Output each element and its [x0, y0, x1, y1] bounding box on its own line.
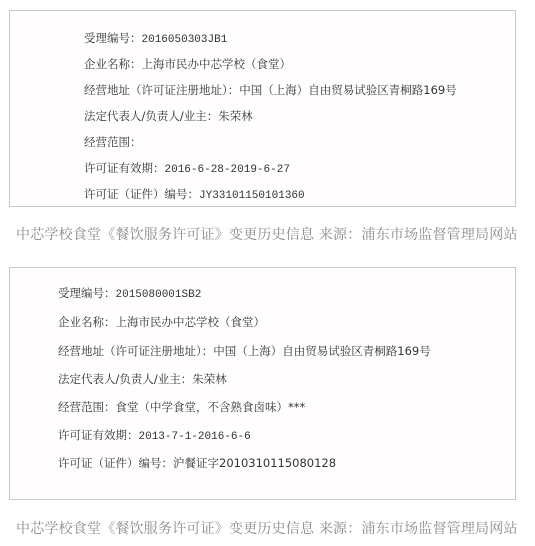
field-legal-representative: 法定代表人/负责人/业主：朱荣林 [58, 372, 227, 386]
image-caption-1: 中芯学校食堂《餐饮服务许可证》变更历史信息 来源：浦东市场监督管理局网站 [16, 224, 518, 244]
field-label: 经营范围： [58, 400, 116, 414]
document-page: 受理编号：2016050303JB1 企业名称：上海市民办中芯学校（食堂） 经营… [0, 0, 535, 546]
field-acceptance-number: 受理编号：2016050303JB1 [84, 31, 227, 47]
field-license-number: 许可证（证件）编号：沪餐证字2010310115080128 [58, 456, 336, 470]
field-value: 中国（上海）自由贸易试验区青桐路169号 [239, 83, 456, 97]
field-label: 经营地址（许可证注册地址）： [84, 83, 239, 97]
field-license-number: 许可证（证件）编号：JY33101150101360 [84, 187, 305, 203]
field-value: JY33101150101360 [199, 190, 305, 202]
field-value: 食堂（中学食堂，不含熟食卤味）*** [116, 400, 306, 414]
field-label: 许可证有效期： [58, 428, 139, 442]
field-value: 2013-7-1-2016-6-6 [139, 431, 251, 443]
field-value: 2015080001SB2 [116, 289, 202, 301]
field-label: 许可证（证件）编号： [58, 456, 173, 470]
field-company-name: 企业名称：上海市民办中芯学校（食堂） [84, 57, 291, 71]
field-value: 中国（上海）自由贸易试验区青桐路169号 [213, 344, 430, 358]
field-label: 经营范围： [84, 135, 142, 149]
field-label: 受理编号： [84, 31, 142, 45]
field-label: 受理编号： [58, 286, 116, 300]
field-legal-representative: 法定代表人/负责人/业主：朱荣林 [84, 109, 253, 123]
field-label: 企业名称： [58, 315, 116, 329]
field-label: 经营地址（许可证注册地址）： [58, 344, 213, 358]
field-label: 企业名称： [84, 57, 142, 71]
license-record-card-2016: 受理编号：2016050303JB1 企业名称：上海市民办中芯学校（食堂） 经营… [9, 10, 516, 207]
field-label: 许可证（证件）编号： [84, 187, 199, 201]
field-value: 朱荣林 [218, 109, 253, 123]
field-license-validity: 许可证有效期：2016-6-28-2019-6-27 [84, 161, 290, 177]
field-label: 法定代表人/负责人/业主： [58, 372, 192, 386]
field-label: 许可证有效期： [84, 161, 165, 175]
field-value: 2016-6-28-2019-6-27 [165, 164, 290, 176]
image-caption-2: 中芯学校食堂《餐饮服务许可证》变更历史信息 来源：浦东市场监督管理局网站 [16, 518, 518, 538]
field-business-scope: 经营范围： [84, 135, 142, 149]
field-business-scope: 经营范围：食堂（中学食堂，不含熟食卤味）*** [58, 400, 305, 414]
field-acceptance-number: 受理编号：2015080001SB2 [58, 286, 201, 302]
field-value: 沪餐证字2010310115080128 [173, 456, 336, 470]
field-value: 上海市民办中芯学校（食堂） [142, 57, 292, 71]
field-business-address: 经营地址（许可证注册地址）：中国（上海）自由贸易试验区青桐路169号 [84, 83, 457, 97]
field-business-address: 经营地址（许可证注册地址）：中国（上海）自由贸易试验区青桐路169号 [58, 344, 431, 358]
license-record-card-2015: 受理编号：2015080001SB2 企业名称：上海市民办中芯学校（食堂） 经营… [9, 267, 516, 500]
field-value: 朱荣林 [192, 372, 227, 386]
field-value: 上海市民办中芯学校（食堂） [116, 315, 266, 329]
field-license-validity: 许可证有效期：2013-7-1-2016-6-6 [58, 428, 251, 444]
field-value: 2016050303JB1 [142, 34, 228, 46]
field-label: 法定代表人/负责人/业主： [84, 109, 218, 123]
field-company-name: 企业名称：上海市民办中芯学校（食堂） [58, 315, 265, 329]
